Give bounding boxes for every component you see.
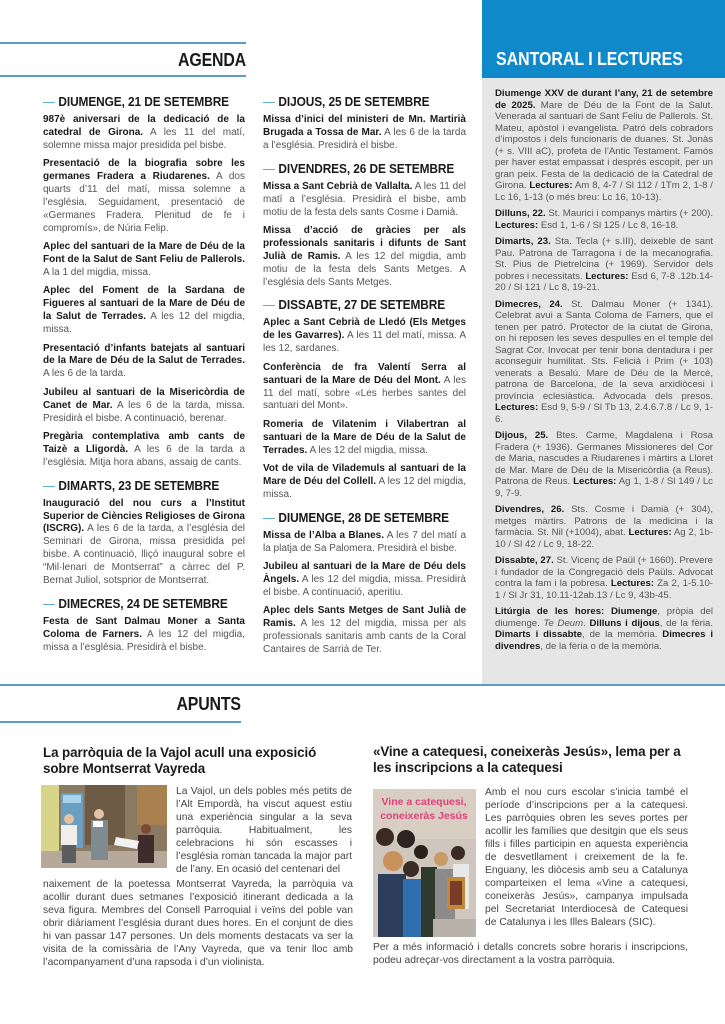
entry-text: A les 12 del migdia, missa. [307,445,428,456]
lectures-label: Lectures: [585,271,628,282]
entry-title: Conferència de fra Valentí Serra al sant… [263,362,466,386]
day-label: DIVENDRES, 26 DE SETEMBRE [278,161,454,176]
agenda-entry: Conferència de fra Valentí Serra al sant… [263,362,466,414]
dash-icon: — [43,94,55,109]
santoral-day: Dijous, 25. [495,430,548,441]
entry-title: Missa de l’Alba a Blanes. [263,530,384,541]
liturgia-day: Dilluns i dijous [589,618,659,629]
apunts-bottom-rule [0,721,241,723]
santoral-desc: St. Dalmau Moner (+ 1341). Celebrat avui… [495,299,713,402]
agenda-entry: Jubileu al santuari de la Misericòrdia d… [43,387,245,426]
agenda-column-2: —DIJOUS, 25 DE SETEMBREMissa d’inici del… [263,94,466,665]
day-label: DIUMENGE, 21 DE SETEMBRE [58,94,229,109]
photo-readers-violinist-icon [41,785,167,868]
agenda-column-1: —DIUMENGE, 21 DE SETEMBRE987è aniversari… [43,94,245,663]
agenda-bottom-rule [0,75,246,77]
dash-icon: — [43,478,55,493]
santoral-day: Dilluns, 22. [495,208,546,219]
day-block: —DIJOUS, 25 DE SETEMBREMissa d’inici del… [263,94,466,153]
entry-title: Presentació d’infants batejats al santua… [43,343,245,367]
article-1-body: naixement de la poetessa Montserrat Vayr… [43,878,353,969]
dash-icon: — [263,297,275,312]
santoral-desc: St. Maurici i companys màrtirs (+ 200). [546,208,713,219]
agenda-entry: Aplec del Foment de la Sardana de Figuer… [43,285,245,337]
santoral-day: Dimecres, 24. [495,299,563,310]
dash-icon: — [43,596,55,611]
lectures-label: Lectures: [573,476,616,487]
liturgia-text: , de la memòria. [582,629,662,640]
agenda-top-rule [0,42,246,44]
article-2-poster: Vine a catequesi, coneixeràs Jesús [373,789,476,937]
article-2-title: «Vine a catequesi, coneixeràs Jesús», le… [373,744,688,776]
agenda-entry: Romeria de Vilatenim i Vilabertran al sa… [263,419,466,458]
day-block: —DISSABTE, 27 DE SETEMBREAplec a Sant Ce… [263,297,466,501]
article-1-photo [41,785,167,868]
santoral-paragraph: Diumenge XXV de durant l’any, 21 de sete… [495,88,713,203]
day-label: DIMARTS, 23 DE SETEMBRE [58,478,219,493]
agenda-entry: Festa de Sant Dalmau Moner a Santa Colom… [43,616,245,655]
te-deum: Te Deum [544,618,584,629]
agenda-entry: Missa d’inici del ministeri de Mn. Marti… [263,114,466,153]
entry-text: A la 1 del migdia, missa. [43,267,151,278]
agenda-entry: Pregària contemplativa amb cants de Taiz… [43,431,245,470]
liturgia-day: Dimarts i dissabte [495,629,582,640]
agenda-entry: Missa de l’Alba a Blanes. A les 7 del ma… [263,530,466,556]
lectures-label: Lectures: [495,402,538,413]
day-heading: —DIJOUS, 25 DE SETEMBRE [263,94,446,109]
santoral-paragraph: Dissabte, 27. St. Vicenç de Paül (+ 1660… [495,555,713,601]
day-block: —DIVENDRES, 26 DE SETEMBREMissa a Sant C… [263,161,466,290]
agenda-entry: 987è aniversari de la dedicació de la ca… [43,114,245,153]
santoral-text: Diumenge XXV de durant l’any, 21 de sete… [495,88,713,657]
santoral-paragraph: Dijous, 25. Btes. Carme, Magdalena i Ros… [495,430,713,499]
day-block: —DIUMENGE, 21 DE SETEMBRE987è aniversari… [43,94,245,470]
lectures-label: Lectures: [628,527,671,538]
day-label: DISSABTE, 27 DE SETEMBRE [278,297,445,312]
article-1-body-wrap: La Vajol, un dels pobles més petits de l… [176,785,352,876]
day-heading: —DIMECRES, 24 DE SETEMBRE [43,596,225,611]
entry-text: A les 6 de la tarda. [43,368,126,379]
agenda-title: AGENDA [178,49,246,71]
lectures-label: Lectures: [495,220,538,231]
santoral-paragraph: Dimecres, 24. St. Dalmau Moner (+ 1341).… [495,299,713,426]
svg-text:Vine a catequesi,: Vine a catequesi, [381,796,466,808]
agenda-entry: Vot de vila de Vilademuls al santuari de… [263,463,466,502]
lectures-refs: Esd 1, 1-6 / Sl 125 / Lc 8, 16-18. [538,220,678,231]
day-heading: —DIVENDRES, 26 DE SETEMBRE [263,161,446,176]
liturgia-label: Litúrgia de les hores: [495,606,604,617]
santoral-day: Divendres, 26. [495,504,564,515]
day-heading: —DIMARTS, 23 DE SETEMBRE [43,478,225,493]
santoral-day: Dimarts, 23. [495,236,551,247]
dash-icon: — [263,94,275,109]
dash-icon: — [263,510,275,525]
agenda-entry: Aplec del santuari de la Mare de Déu de … [43,241,245,280]
agenda-entry: Inauguració del nou curs a l’Institut Su… [43,498,245,588]
agenda-entry: Presentació de la biografia sobre les ge… [43,158,245,235]
agenda-entry: Jubileu al santuari de la Mare de Déu de… [263,561,466,600]
liturgia-paragraph: Litúrgia de les hores: Diumenge, pròpia … [495,606,713,652]
day-label: DIUMENGE, 28 DE SETEMBRE [278,510,449,525]
santoral-desc: Mare de Déu de la Font de la Salut. Vene… [495,100,713,192]
agenda-entry: Missa a Sant Cebrià de Vallalta. A les 1… [263,181,466,220]
lectures-label: Lectures: [529,180,572,191]
dash-icon: — [263,161,275,176]
agenda-entry: Missa d’acció de gràcies per als profess… [263,225,466,290]
day-heading: —DIUMENGE, 28 DE SETEMBRE [263,510,446,525]
day-heading: —DIUMENGE, 21 DE SETEMBRE [43,94,225,109]
agenda-entry: Presentació d’infants batejats al santua… [43,343,245,382]
santoral-day: Dissabte, 27. [495,555,554,566]
svg-text:coneixeràs Jesús: coneixeràs Jesús [380,810,468,822]
apunts-title: APUNTS [177,693,241,715]
santoral-paragraph: Dilluns, 22. St. Maurici i companys màrt… [495,208,713,231]
day-label: DIJOUS, 25 DE SETEMBRE [278,94,429,109]
article-2-body: Per a més informació i detalls concrets … [373,941,688,967]
day-block: —DIUMENGE, 28 DE SETEMBREMissa de l’Alba… [263,510,466,657]
day-block: —DIMECRES, 24 DE SETEMBREFesta de Sant D… [43,596,245,655]
poster-catequesi-icon: Vine a catequesi, coneixeràs Jesús [373,789,476,937]
day-block: —DIMARTS, 23 DE SETEMBREInauguració del … [43,478,245,588]
section-divider [0,684,725,686]
liturgia-text: , de la fèria o de la memòria. [540,641,662,652]
liturgia-day: Diumenge [611,606,657,617]
day-label: DIMECRES, 24 DE SETEMBRE [58,596,227,611]
santoral-paragraph: Divendres, 26. Sts. Cosme i Damià (+ 304… [495,504,713,550]
article-2-body-wrap: Amb el nou curs escolar s’inicia també e… [485,786,688,929]
article-1-title: La parròquia de la Vajol acull una expos… [43,745,353,777]
day-heading: —DISSABTE, 27 DE SETEMBRE [263,297,446,312]
lectures-label: Lectures: [611,578,654,589]
agenda-entry: Aplec dels Sants Metges de Sant Julià de… [263,605,466,657]
santoral-title: SANTORAL I LECTURES [496,48,683,70]
entry-title: Aplec del santuari de la Mare de Déu de … [43,241,245,265]
entry-title: Missa a Sant Cebrià de Vallalta. [263,181,412,192]
agenda-entry: Aplec a Sant Cebrià de Lledó (Els Metges… [263,317,466,356]
santoral-paragraph: Dimarts, 23. Sta. Tecla (+ s.III), deixe… [495,236,713,294]
liturgia-text: , de la fèria. [660,618,713,629]
